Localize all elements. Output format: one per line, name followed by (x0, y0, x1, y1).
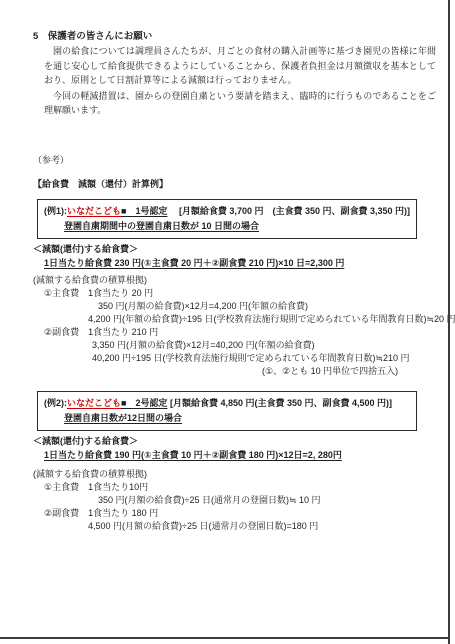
example1-title-line: (例1): いなだこども ■ 1号認定 [月額給食費 3,700 円 (主食費 … (44, 204, 410, 218)
example2-reduction-heading: ＜減額(還付)する給食費＞ (33, 435, 433, 448)
example2-fee-note: [月額給食費 4,850 円(主食費 350 円、副食費 4,500 円)] (170, 396, 392, 410)
example2-cert-label: 2号認定 (126, 396, 167, 410)
example2-facility-name: いなだこども (67, 396, 121, 410)
example1-reduction-formula: 1日当たり給食費 230 円(①主食費 20 円＋②副食費 210 円)×10 … (44, 257, 433, 270)
example2-name-group: (例2): いなだこども ■ 2号認定 (44, 396, 170, 410)
example1-label: (例1): (44, 204, 67, 218)
example1-box: (例1): いなだこども ■ 1号認定 [月額給食費 3,700 円 (主食費 … (37, 199, 417, 239)
example2-basis-line: ①主食費 1食当たり10円 (44, 481, 433, 494)
example2-condition: 登園自粛日数が12日間の場合 (64, 411, 410, 425)
example1-basis-line: 3,350 円(月額の給食費)×12月=40,200 円(年額の給食費) (92, 339, 433, 352)
example1-cert-label: 1号認定 (126, 204, 167, 218)
example2-basis-line: 4,500 円(月額の給食費)÷25 日(通常月の登園日数)=180 円 (88, 520, 433, 533)
example1-reduction-heading: ＜減額(還付)する給食費＞ (33, 243, 433, 256)
example1-fee-note: [月額給食費 3,700 円 (主食費 350 円、副食費 3,350 円)] (179, 204, 410, 218)
example2-basis-line: ②副食費 1食当たり 180 円 (44, 507, 433, 520)
example2-box: (例2): いなだこども ■ 2号認定 [月額給食費 4,850 円(主食費 3… (37, 391, 417, 431)
example1-basis-line: 4,200 円(年額の給食費)÷195 日(学校教育法施行規則で定められている年… (88, 313, 433, 326)
example1-name-group: (例1): いなだこども ■ 1号認定 (44, 204, 167, 218)
example1-basis-line: ①主食費 1食当たり 20 円 (44, 287, 433, 300)
document-page: 5 保護者の皆さんにお願い 園の給食については調理員さんたちが、月ごとの食材の購… (0, 0, 455, 644)
example1-basis-line: 40,200 円÷195 日(学校教育法施行規則で定められている年間教育日数)≒… (92, 352, 433, 365)
example1-basis-line: ②副食費 1食当たり 210 円 (44, 326, 433, 339)
example1-basis-line: 350 円(月額の給食費)×12月=4,200 円(年額の給食費) (98, 300, 433, 313)
page-right-border (448, 0, 450, 644)
calculation-example-title: 【給食費 減額（還付）計算例】 (33, 178, 433, 191)
example1-facility-name: いなだこども (67, 204, 121, 218)
example2-title-line: (例2): いなだこども ■ 2号認定 [月額給食費 4,850 円(主食費 3… (44, 396, 410, 410)
reference-label: （参考） (33, 154, 433, 167)
example2-label: (例2): (44, 396, 67, 410)
example1-condition: 登園自粛期間中の登園自粛日数が 10 日間の場合 (64, 219, 410, 233)
example2-reduction-formula: 1日当たり給食費 190 円(①主食費 10 円＋②副食費 180 円)×12日… (44, 449, 433, 462)
example1-rounding-note: (①、②とも 10 円単位で四捨五入) (262, 365, 433, 378)
section5-paragraph-1: 園の給食については調理員さんたちが、月ごとの食材の購入計画等に基づき園児の皆様に… (44, 44, 436, 88)
section5-paragraph-2: 今回の軽減措置は、園からの登園自粛という要請を踏まえ、臨時的に行うものであること… (44, 89, 436, 118)
page-bottom-border (0, 637, 449, 639)
example2-basis-heading: (減額する給食費の積算根拠) (33, 468, 433, 481)
example2-basis-line: 350 円(月額の給食費)÷25 日(通常月の登園日数)≒ 10 円 (98, 494, 433, 507)
section5-heading: 5 保護者の皆さんにお願い (33, 30, 433, 43)
example1-basis-heading: (減額する給食費の積算根拠) (33, 274, 433, 287)
page-content: 5 保護者の皆さんにお願い 園の給食については調理員さんたちが、月ごとの食材の購… (33, 0, 433, 533)
